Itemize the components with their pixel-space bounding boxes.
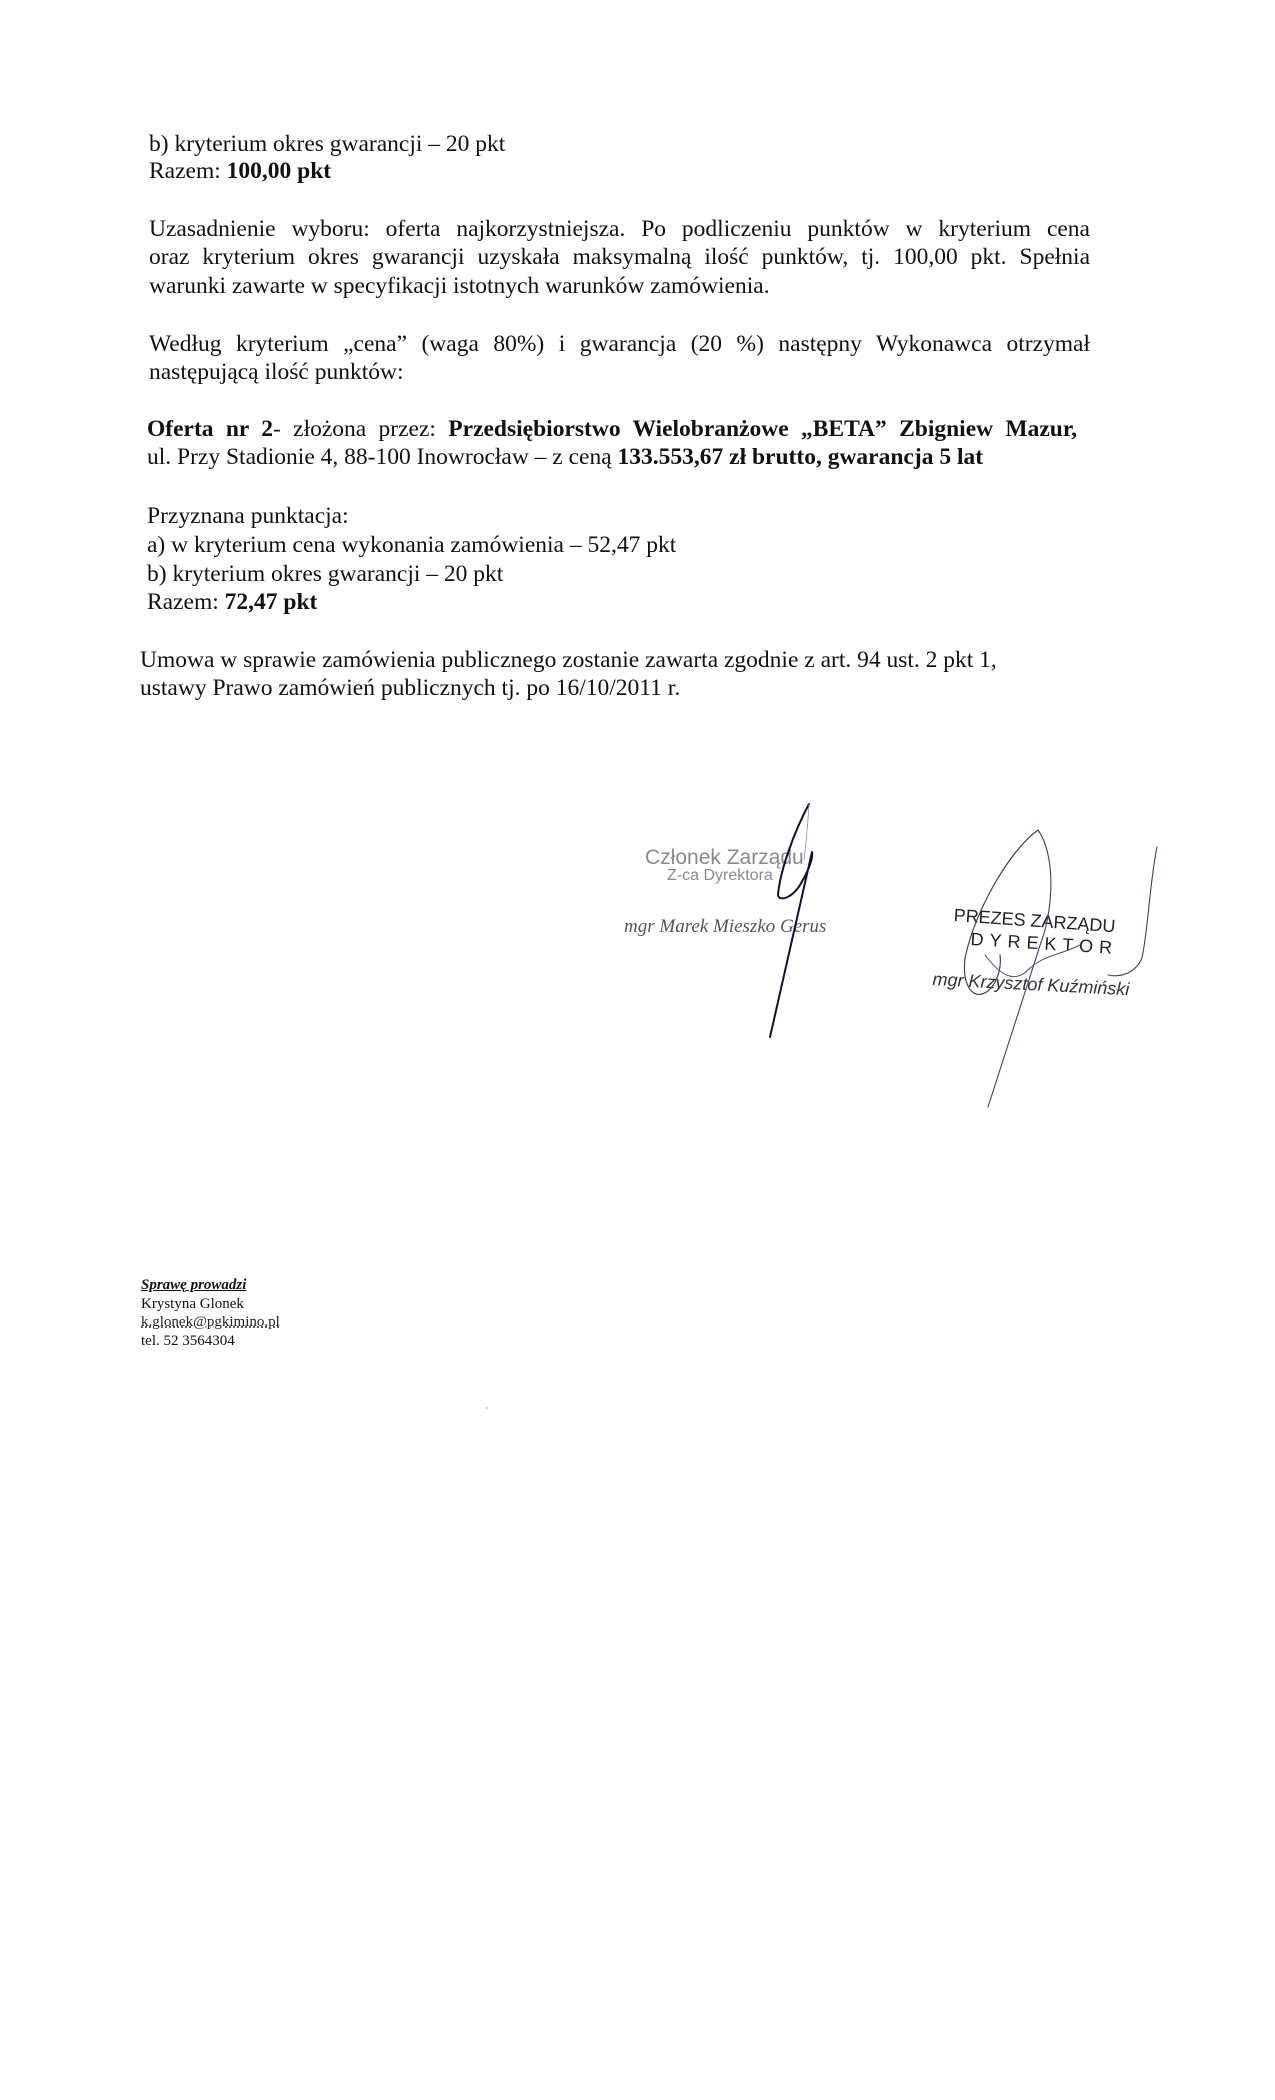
criteria-intro-line-2: następującą ilość punktów: — [149, 358, 404, 386]
left-stamp-role: Z-ca Dyrektora — [667, 867, 773, 885]
offer2-submitted-by: - złożona przez: — [273, 416, 448, 442]
offer2-total: Razem: 72,47 pkt — [147, 588, 317, 616]
previous-total-value: 100,00 pkt — [227, 158, 331, 184]
previous-criterion-b: b) kryterium okres gwarancji – 20 pkt — [149, 130, 505, 158]
offer2-criterion-b: b) kryterium okres gwarancji – 20 pkt — [147, 560, 503, 588]
justification-line-1: Uzasadnienie wyboru: oferta najkorzystni… — [149, 215, 1090, 243]
previous-total-label: Razem: — [149, 158, 227, 184]
offer2-price-warranty: 133.553,67 zł brutto, gwarancja 5 lat — [618, 444, 984, 470]
offer2-label: Oferta nr 2 — [147, 416, 273, 442]
criteria-intro-line-1: Według kryterium „cena” (waga 80%) i gwa… — [149, 330, 1090, 358]
justification-line-3: warunki zawarte w specyfikacji istotnych… — [149, 272, 770, 300]
offer2-total-label: Razem: — [147, 589, 225, 615]
offer2-criterion-a: a) w kryterium cena wykonania zamówienia… — [147, 531, 676, 559]
previous-total: Razem: 100,00 pkt — [149, 157, 331, 185]
document-page: b) kryterium okres gwarancji – 20 pkt Ra… — [0, 0, 1275, 2100]
offer2-line-2: ul. Przy Stadionie 4, 88-100 Inowrocław … — [147, 443, 983, 471]
footer-phone: tel. 52 3564304 — [141, 1332, 280, 1351]
footer-person: Krystyna Glonek — [141, 1295, 280, 1314]
footer-contact: Sprawę prowadzi Krystyna Glonek k.glonek… — [141, 1276, 280, 1350]
contract-note-line-2: ustawy Prawo zamówień publicznych tj. po… — [140, 674, 680, 702]
offer2-scoring-heading: Przyznana punktacja: — [147, 502, 349, 530]
offer2-company: Przedsiębiorstwo Wielobranżowe „BETA” Zb… — [448, 416, 1077, 442]
signatures — [0, 0, 1275, 2100]
footer-title: Sprawę prowadzi — [141, 1276, 280, 1295]
right-stamp-name: mgr Krzysztof Kuźmiński — [932, 969, 1130, 1000]
footer-email-link[interactable]: k.glonek@pgkimino.pl — [141, 1313, 280, 1332]
justification-line-2: oraz kryterium okres gwarancji uzyskała … — [149, 243, 1090, 271]
offer2-line-1: Oferta nr 2- złożona przez: Przedsiębior… — [147, 415, 1077, 443]
offer2-total-value: 72,47 pkt — [225, 589, 318, 615]
contract-note-line-1: Umowa w sprawie zamówienia publicznego z… — [140, 646, 997, 674]
offer2-address: ul. Przy Stadionie 4, 88-100 Inowrocław … — [147, 444, 618, 470]
left-stamp-name: mgr Marek Mieszko Gerus — [624, 916, 826, 938]
